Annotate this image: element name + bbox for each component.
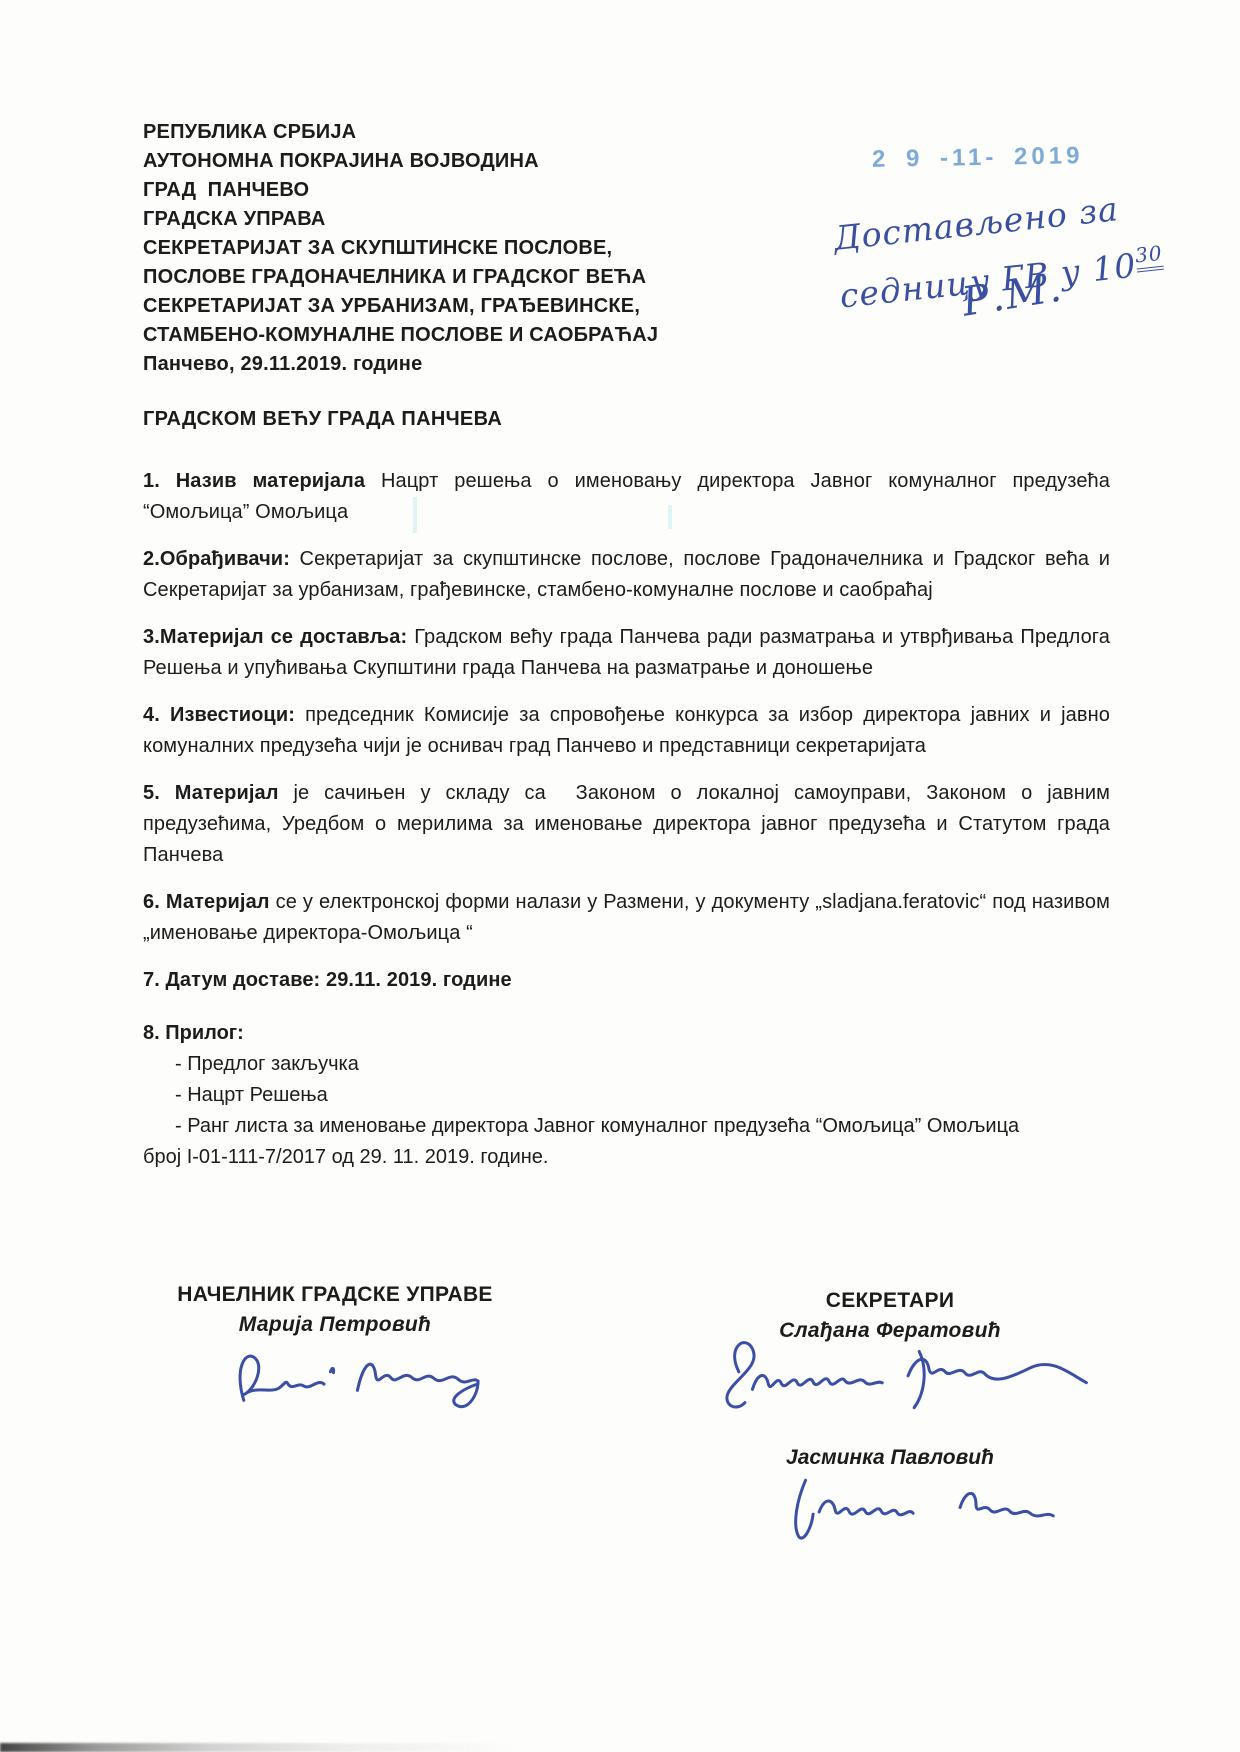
section-1-material-name: 1. Назив материјала Нацрт решења о имено… [143, 466, 1110, 528]
scan-edge-smudge [0, 1743, 520, 1752]
handwritten-note-superscript: 30 [1134, 241, 1164, 273]
section-4-label: 4. Известиоци: [143, 704, 295, 726]
section-4-reporters: 4. Известиоци: председник Комисије за сп… [143, 700, 1110, 762]
document-body: РЕПУБЛИКА СРБИЈА АУТОНОМНА ПОКРАЈИНА ВОЈ… [143, 118, 1110, 1173]
scanned-document-page: 2 9 -11- 2019 Достављено за седницу ГВ у… [0, 0, 1240, 1752]
section-3-label: 3.Материјал се доставља: [143, 626, 407, 648]
section-3-delivered-to: 3.Материјал се доставља: Градском већу г… [143, 622, 1110, 684]
section-7-label: 7. Датум доставе: 29.11. 2019. године [143, 969, 512, 991]
section-5-legal-basis: 5. Материјал је сачињен у складу са Зако… [143, 778, 1110, 871]
section-2-processors: 2.Обрађивачи: Секретаријат за скупштинск… [143, 544, 1110, 606]
attachment-item-continuation: број I-01-111-7/2017 од 29. 11. 2019. го… [143, 1142, 1110, 1173]
attachments-heading: 8. Прилог: [143, 1018, 1110, 1049]
section-5-label: 5. Материјал [143, 782, 279, 804]
letterhead-line: ПОСЛОВЕ ГРАДОНАЧЕЛНИКА И ГРАДСКОГ ВЕЋА [143, 263, 1110, 292]
chief-title: НАЧЕЛНИК ГРАДСКЕ УПРАВЕ [150, 1280, 520, 1310]
section-8-attachments: 8. Прилог: - Предлог закључка - Нацрт Ре… [143, 1018, 1110, 1173]
attachment-item: - Ранг листа за именовање директора Јавн… [143, 1111, 1110, 1142]
letterhead-line: ГРАД ПАНЧЕВО [143, 176, 1110, 205]
letterhead-line: СЕКРЕТАРИЈАТ ЗА УРБАНИЗАМ, ГРАЂЕВИНСКЕ, [143, 292, 1110, 321]
section-6-electronic-form: 6. Материјал се у електронској форми нал… [143, 887, 1110, 949]
letterhead-line: СТАМБЕНО-КОМУНАЛНЕ ПОСЛОВЕ И САОБРАЋАЈ [143, 321, 1110, 350]
section-2-label: 2.Обрађивачи: [143, 548, 290, 570]
letterhead: РЕПУБЛИКА СРБИЈА АУТОНОМНА ПОКРАЈИНА ВОЈ… [143, 118, 1110, 379]
letterhead-line: РЕПУБЛИКА СРБИЈА [143, 118, 1110, 147]
letterhead-line: СЕКРЕТАРИЈАТ ЗА СКУПШТИНСКЕ ПОСЛОВЕ, [143, 234, 1110, 263]
attachment-item: - Нацрт Решења [143, 1080, 1110, 1111]
section-6-label: 6. Материјал [143, 891, 270, 913]
letterhead-line: ГРАДСКА УПРАВА [143, 205, 1110, 234]
secretary-2-signature-ink [781, 1459, 1082, 1549]
addressee-line: ГРАДСКОМ ВЕЋУ ГРАДА ПАНЧЕВА [143, 405, 1110, 434]
letterhead-line: АУТОНОМНА ПОКРАЈИНА ВОЈВОДИНА [143, 147, 1110, 176]
attachment-item: - Предлог закључка [143, 1049, 1110, 1080]
secretaries-title: СЕКРЕТАРИ [700, 1286, 1080, 1316]
section-7-delivery-date: 7. Датум доставе: 29.11. 2019. године [143, 965, 1110, 996]
chief-signature-ink [223, 1325, 508, 1440]
scan-streak-artifact [668, 505, 672, 529]
section-1-label: 1. Назив материјала [143, 470, 365, 492]
scan-streak-artifact [413, 497, 417, 533]
letterhead-place-date: Панчево, 29.11.2019. године [143, 350, 1110, 379]
secretary-1-signature-ink [710, 1315, 1098, 1433]
